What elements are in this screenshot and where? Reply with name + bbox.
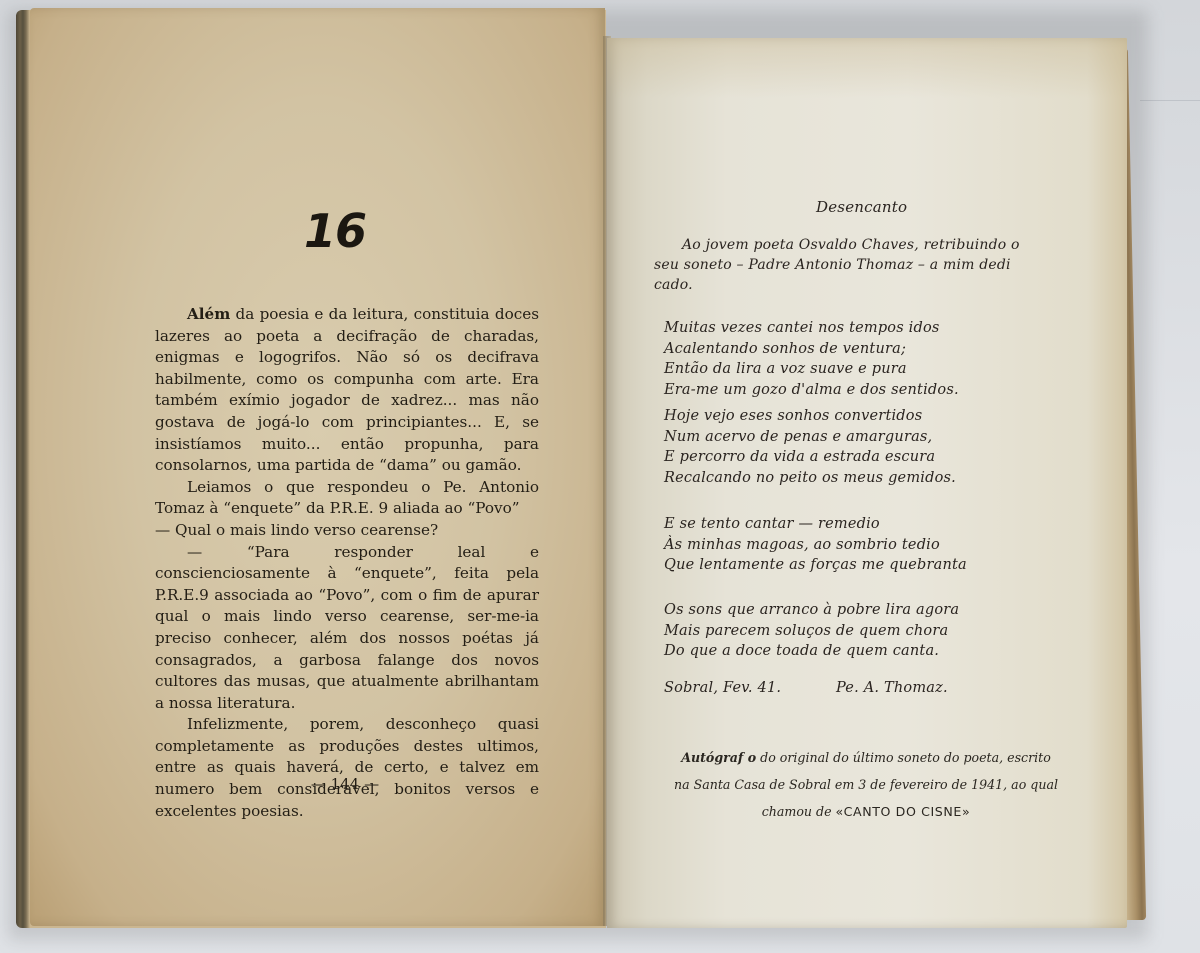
verse-line: Era-me um gozo d'alma e dos sentidos. (664, 380, 959, 401)
surface-crack (1140, 100, 1200, 101)
manuscript-dedication: Ao jovem poeta Osvaldo Chaves, retribuin… (654, 235, 1020, 295)
caption-line-3: chamou de «CANTO DO CISNE» (650, 798, 1082, 825)
dedication-line: cado. (654, 275, 1020, 295)
paragraph-1: Além da poesia e da leitura, constituia … (155, 304, 539, 477)
caption-line-1: Autógraf o do original do último soneto … (650, 744, 1082, 771)
caption-text: do original do último soneto do poeta, e… (756, 750, 1051, 765)
caption-line-2: na Santa Casa de Sobral em 3 de fevereir… (650, 771, 1082, 798)
verse-line: Os sons que arranco à pobre lira agora (664, 600, 959, 621)
manuscript-stanza-4: Os sons que arranco à pobre lira agora M… (664, 600, 959, 662)
manuscript-place-date: Sobral, Fev. 41. (664, 680, 781, 696)
verse-line: Hoje vejo eses sonhos convertidos (664, 406, 956, 427)
verse-line: E percorro da vida a estrada escura (664, 447, 956, 468)
verse-line: Mais parecem soluços de quem chora (664, 621, 959, 642)
verse-line: Do que a doce toada de quem canta. (664, 641, 959, 662)
manuscript-stanza-2: Hoje vejo eses sonhos convertidos Num ac… (664, 406, 956, 488)
chapter-number: 16 (290, 204, 380, 258)
verse-line: E se tento cantar — remedio (664, 514, 967, 535)
verse-line: Acalentando sonhos de ventura; (664, 339, 959, 360)
dedication-line: Ao jovem poeta Osvaldo Chaves, retribuin… (654, 235, 1020, 255)
page-discoloration (607, 38, 1127, 98)
caption-strong: Autógraf o (681, 750, 756, 765)
verse-line: Que lentamente as forças me quebranta (664, 555, 967, 576)
paragraph-lead-word: Além (187, 305, 230, 323)
paragraph-2: Leiamos o que respondeu o Pe. Antonio To… (155, 477, 539, 520)
paragraph-4: — “Para responder leal e conscienciosame… (155, 542, 539, 715)
figure-caption: Autógraf o do original do último soneto … (650, 744, 1082, 825)
manuscript-stanza-3: E se tento cantar — remedio Às minhas ma… (664, 514, 967, 576)
verse-line: Às minhas magoas, ao sombrio tedio (664, 535, 967, 556)
verse-line: Então da lira a voz suave e pura (664, 359, 959, 380)
page-number: — 144 — (290, 775, 400, 793)
verse-line: Muitas vezes cantei nos tempos idos (664, 318, 959, 339)
caption-text: chamou de (762, 804, 836, 819)
left-page-body-text: Além da poesia e da leitura, constituia … (155, 304, 539, 822)
dedication-line: seu soneto – Padre Antonio Thomaz – a mi… (654, 255, 1020, 275)
verse-line: Num acervo de penas e amarguras, (664, 427, 956, 448)
manuscript-title: Desencanto (816, 198, 907, 216)
paragraph-text: da poesia e da leitura, constituia doces… (155, 305, 539, 474)
paragraph-5: Infelizmente, porem, desconheço quasi co… (155, 714, 539, 822)
manuscript-stanza-1: Muitas vezes cantei nos tempos idos Acal… (664, 318, 959, 400)
caption-title: «CANTO DO CISNE» (836, 804, 971, 819)
manuscript-signature: Pe. A. Thomaz. (836, 680, 948, 696)
paragraph-3: — Qual o mais lindo verso cearense? (155, 520, 539, 542)
verse-line: Recalcando no peito os meus gemidos. (664, 468, 956, 489)
